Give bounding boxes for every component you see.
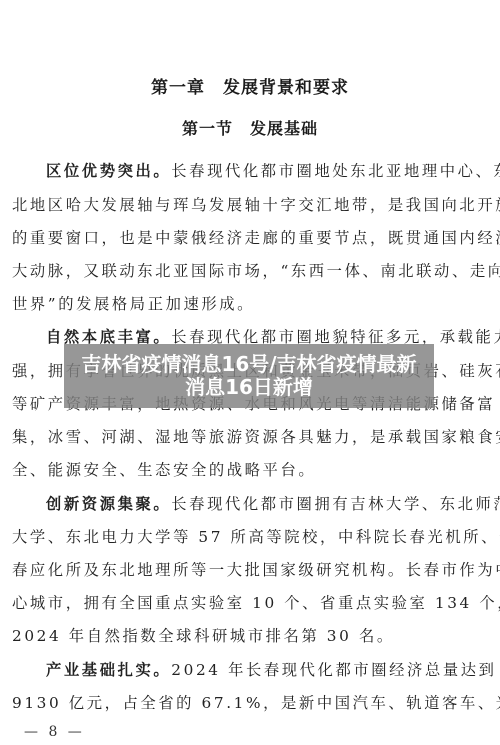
paragraph-line: 春应化所及东北地理所等一大批国家级研究机构。长春市作为中 <box>12 560 488 580</box>
paragraph-line: 区位优势突出。长春现代化都市圈地处东北亚地理中心、东 <box>46 161 488 181</box>
paragraph-line: 大动脉，又联动东北亚国际市场，“东西一体、南北联动、走向 <box>12 261 488 281</box>
paragraph-line: 的重要窗口，也是中蒙俄经济走廊的重要节点，既贯通国内经济 <box>12 228 488 248</box>
paragraph-lead: 创新资源集聚。 <box>46 495 171 513</box>
chapter-title: 第一章 发展背景和要求 <box>0 73 500 98</box>
title-overlay-banner: 吉林省疫情消息16号/吉林省疫情最新消息16日新增 <box>64 344 434 408</box>
paragraph-line: 集，冰雪、河湖、湿地等旅游资源各具魅力，是承载国家粮食安 <box>12 427 488 447</box>
paragraph-line: 全、能源安全、生态安全的战略平台。 <box>12 460 488 480</box>
paragraph-line: 9130 亿元，占全省的 67.1%，是新中国汽车、轨道客车、光电 <box>12 693 488 713</box>
paragraph-line: 心城市，拥有全国重点实验室 10 个、省重点实验室 134 个， <box>12 593 488 613</box>
paragraph-line: 创新资源集聚。长春现代化都市圈拥有吉林大学、东北师范 <box>46 494 488 514</box>
paragraph-line: 2024 年自然指数全球科研城市排名第 30 名。 <box>12 626 488 646</box>
paragraph-line: 世界”的发展格局正加速形成。 <box>12 294 488 314</box>
paragraph-lead: 区位优势突出。 <box>46 162 171 180</box>
page-number: — 8 — <box>24 724 85 740</box>
paragraph-line: 大学、东北电力大学等 57 所高等院校，中科院长春光机所、长 <box>12 527 488 547</box>
section-title: 第一节 发展基础 <box>0 116 500 139</box>
paragraph-lead: 产业基础扎实。 <box>46 661 171 679</box>
paragraph-line: 产业基础扎实。2024 年长春现代化都市圈经济总量达到 <box>46 660 488 680</box>
overlay-title: 吉林省疫情消息16号/吉林省疫情最新消息16日新增 <box>79 353 419 399</box>
paragraph-line: 北地区哈大发展轴与珲乌发展轴十字交汇地带，是我国向北开放 <box>12 195 488 215</box>
